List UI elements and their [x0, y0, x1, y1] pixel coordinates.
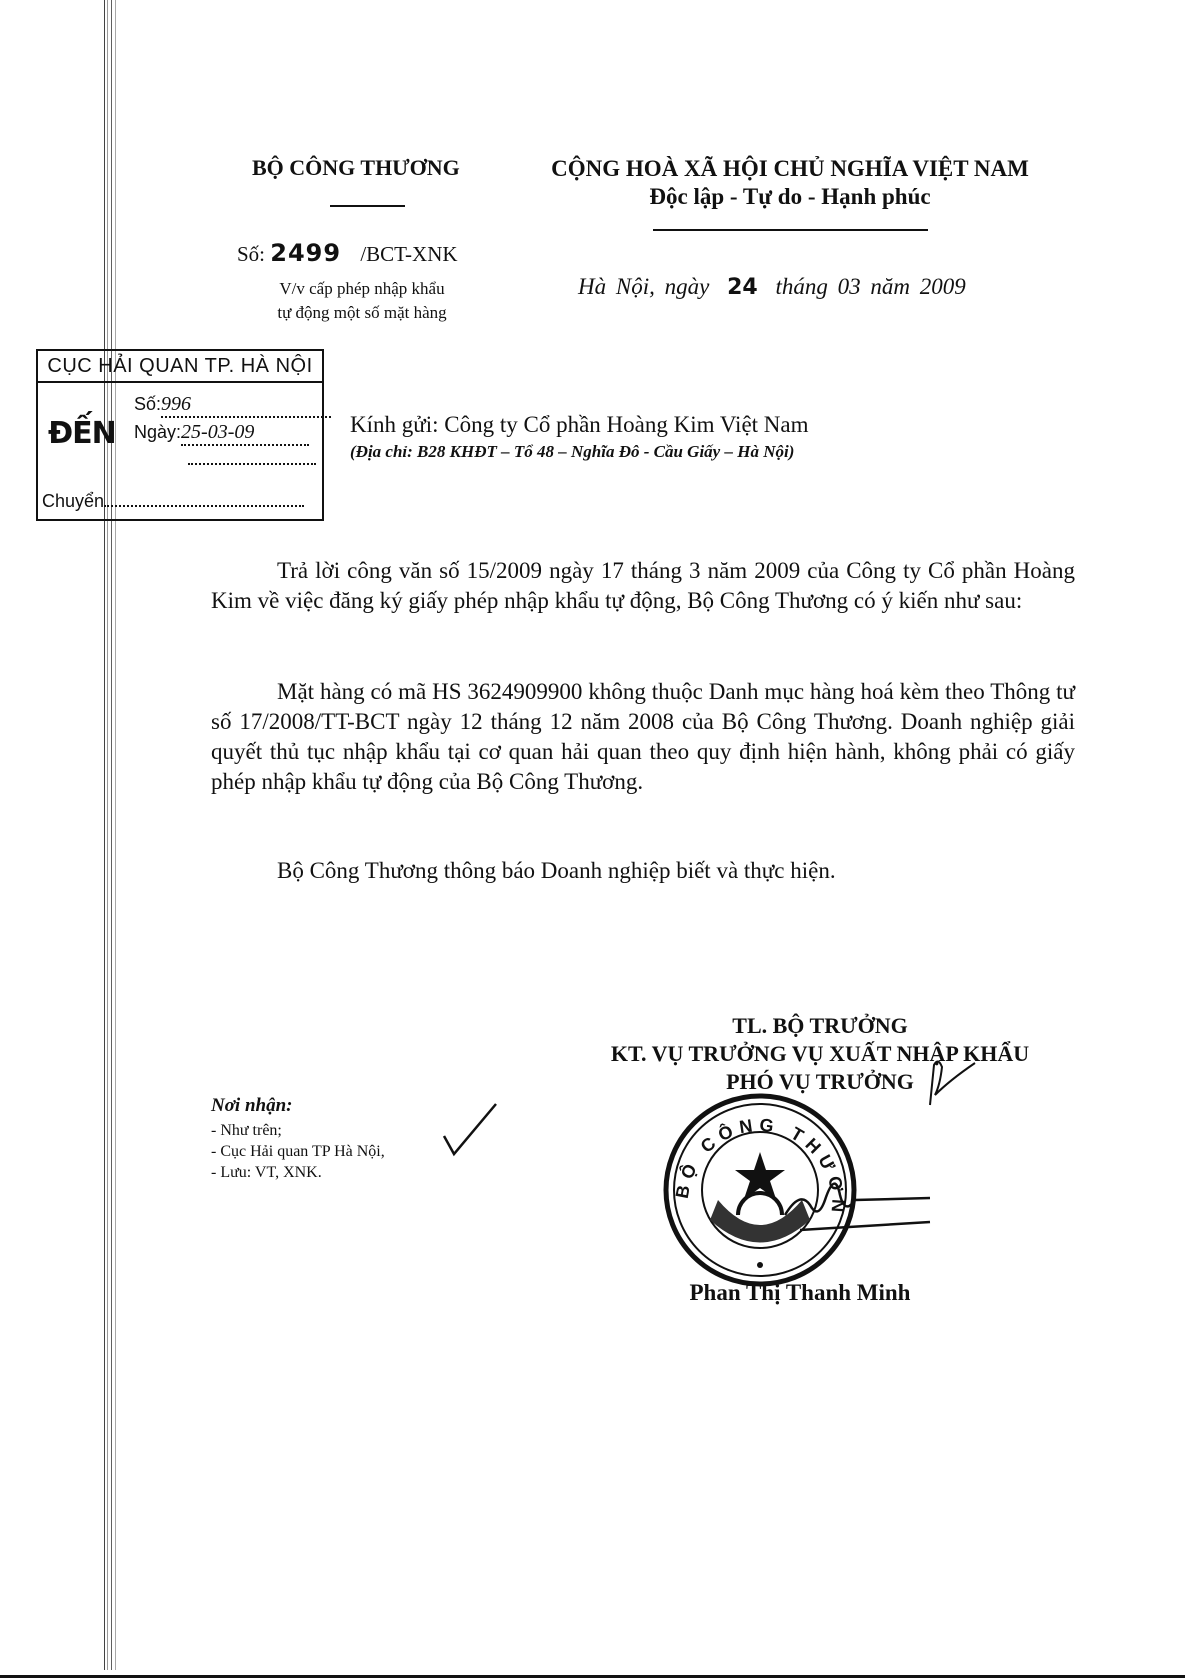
initial-signature-icon — [920, 1055, 980, 1110]
stamp-chuyen-row: Chuyển — [42, 491, 304, 512]
stamp-blank-row — [188, 449, 316, 470]
checkmark-icon — [440, 1100, 500, 1160]
stamp-chuyen-label: Chuyển — [42, 491, 104, 511]
number-suffix: /BCT-XNK — [360, 242, 457, 266]
subject-line-1: V/v cấp phép nhập khẩu — [237, 277, 487, 301]
dateline-prefix: Hà Nội, ngày — [578, 274, 709, 299]
recipient-address: (Địa chỉ: B28 KHĐT – Tổ 48 – Nghĩa Đô - … — [350, 442, 794, 462]
body-paragraph-3: Bộ Công Thương thông báo Doanh nghiệp bi… — [211, 856, 1075, 886]
recipient-salutation: Kính gửi: Công ty Cổ phần Hoàng Kim Việt… — [350, 412, 809, 438]
recipients-title: Nơi nhận: — [211, 1095, 292, 1117]
dateline-day: 24 — [727, 275, 758, 300]
signature-line-2: KT. VỤ TRƯỞNG VỤ XUẤT NHẬP KHẨU — [560, 1040, 1080, 1068]
stamp-so-row: Số:996 — [134, 393, 331, 418]
number-value: 2499 — [270, 239, 341, 267]
recipients-item: - Lưu: VT, XNK. — [211, 1162, 385, 1183]
national-header: CỘNG HOÀ XÃ HỘI CHỦ NGHĨA VIỆT NAM Độc l… — [520, 155, 1060, 211]
subject-line-2: tự động một số mặt hàng — [237, 301, 487, 325]
number-label: Số: — [237, 242, 265, 266]
recipients-list: - Như trên; - Cục Hải quan TP Hà Nội, - … — [211, 1120, 385, 1183]
stamp-ngay-value: 25-03-09 — [181, 421, 254, 443]
stamp-ngay-label: Ngày: — [134, 422, 181, 442]
national-motto: Độc lập - Tự do - Hạnh phúc — [520, 183, 1060, 211]
stamp-so-label: Số: — [134, 394, 161, 414]
body-paragraph-2: Mặt hàng có mã HS 3624909900 không thuộc… — [211, 677, 1075, 797]
document-number: Số: 2499 /BCT-XNK — [237, 239, 458, 267]
organization-underline — [330, 205, 405, 207]
signer-name: Phan Thị Thanh Minh — [650, 1280, 950, 1306]
document-subject: V/v cấp phép nhập khẩu tự động một số mặ… — [237, 277, 487, 325]
motto-underline — [653, 229, 928, 231]
recipients-item: - Như trên; — [211, 1120, 385, 1141]
dateline-year: 2009 — [920, 274, 966, 299]
body-paragraph-1: Trả lời công văn số 15/2009 ngày 17 thán… — [211, 556, 1075, 616]
stamp-den-label: ĐẾN — [48, 416, 116, 451]
stamp-so-value: 996 — [161, 393, 191, 415]
signature-line-1: TL. BỘ TRƯỞNG — [560, 1012, 1080, 1040]
dateline: Hà Nội, ngày 24 tháng 03 năm 2009 — [578, 274, 966, 300]
stamp-agency: CỤC HẢI QUAN TP. HÀ NỘI — [38, 351, 322, 383]
dateline-month: 03 — [838, 274, 861, 299]
issuing-organization: BỘ CÔNG THƯƠNG — [252, 155, 460, 181]
recipients-item: - Cục Hải quan TP Hà Nội, — [211, 1141, 385, 1162]
received-stamp: CỤC HẢI QUAN TP. HÀ NỘI ĐẾN Số:996 Ngày:… — [36, 349, 324, 521]
signature-block: TL. BỘ TRƯỞNG KT. VỤ TRƯỞNG VỤ XUẤT NHẬP… — [560, 1012, 1080, 1096]
scan-margin-streak — [104, 0, 118, 1670]
dateline-year-label: năm — [870, 274, 910, 299]
nation-title: CỘNG HOÀ XÃ HỘI CHỦ NGHĨA VIỆT NAM — [520, 155, 1060, 183]
handwritten-signature-icon — [780, 1160, 940, 1240]
dateline-month-label: tháng — [775, 274, 827, 299]
stamp-ngay-row: Ngày:25-03-09 — [134, 421, 309, 446]
